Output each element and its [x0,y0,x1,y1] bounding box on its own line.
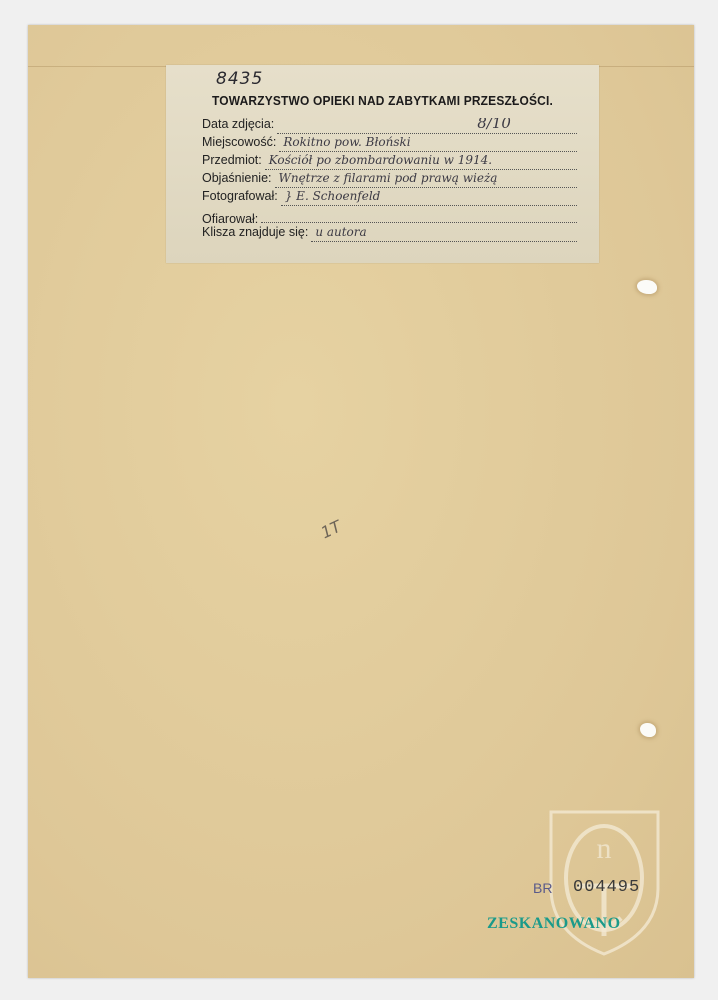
field-label: Fotografował: [202,189,278,203]
archive-card: 8435 TOWARZYSTWO OPIEKI NAD ZABYTKAMI PR… [28,25,694,978]
inventory-number: 004495 [573,878,640,897]
field-value [261,207,577,223]
catalog-label: 8435 TOWARZYSTWO OPIEKI NAD ZABYTKAMI PR… [166,65,599,263]
field-value: Rokitno pow. Błoński [279,136,577,152]
punch-hole-lower [640,723,656,737]
field-value: u autora [311,226,577,242]
catalog-number: 8435 [216,69,263,89]
field-value: Kościół po zbombardowaniu w 1914. [265,154,577,170]
inventory-prefix: BR [533,880,552,896]
punch-hole-upper [637,280,657,294]
pencil-mark: 1T [318,517,344,543]
field-subject: Przedmiot: Kościół po zbombardowaniu w 1… [202,153,577,171]
field-label: Ofiarował: [202,212,258,226]
field-label: Objaśnienie: [202,171,272,185]
field-value: Wnętrze z filarami pod prawą wieżą [275,172,578,188]
scanned-stamp: ZESKANOWANO [487,915,621,933]
field-photographer: Fotografował: } E. Schoenfeld [202,189,577,207]
organization-title: TOWARZYSTWO OPIEKI NAD ZABYTKAMI PRZESZŁ… [183,93,581,108]
field-label: Data zdjęcia: [202,117,274,131]
field-description: Objaśnienie: Wnętrze z filarami pod praw… [202,171,577,189]
field-date: Data zdjęcia: 8/10 [202,117,577,135]
field-donor: Ofiarował: [202,207,577,225]
field-value: } E. Schoenfeld [281,190,577,206]
svg-text:n: n [597,832,612,865]
field-value: 8/10 [277,118,577,134]
field-label: Klisza znajduje się: [202,225,308,239]
field-negative-location: Klisza znajduje się: u autora [202,225,577,243]
field-label: Przedmiot: [202,153,262,167]
field-label: Miejscowość: [202,135,276,149]
field-location: Miejscowość: Rokitno pow. Błoński [202,135,577,153]
